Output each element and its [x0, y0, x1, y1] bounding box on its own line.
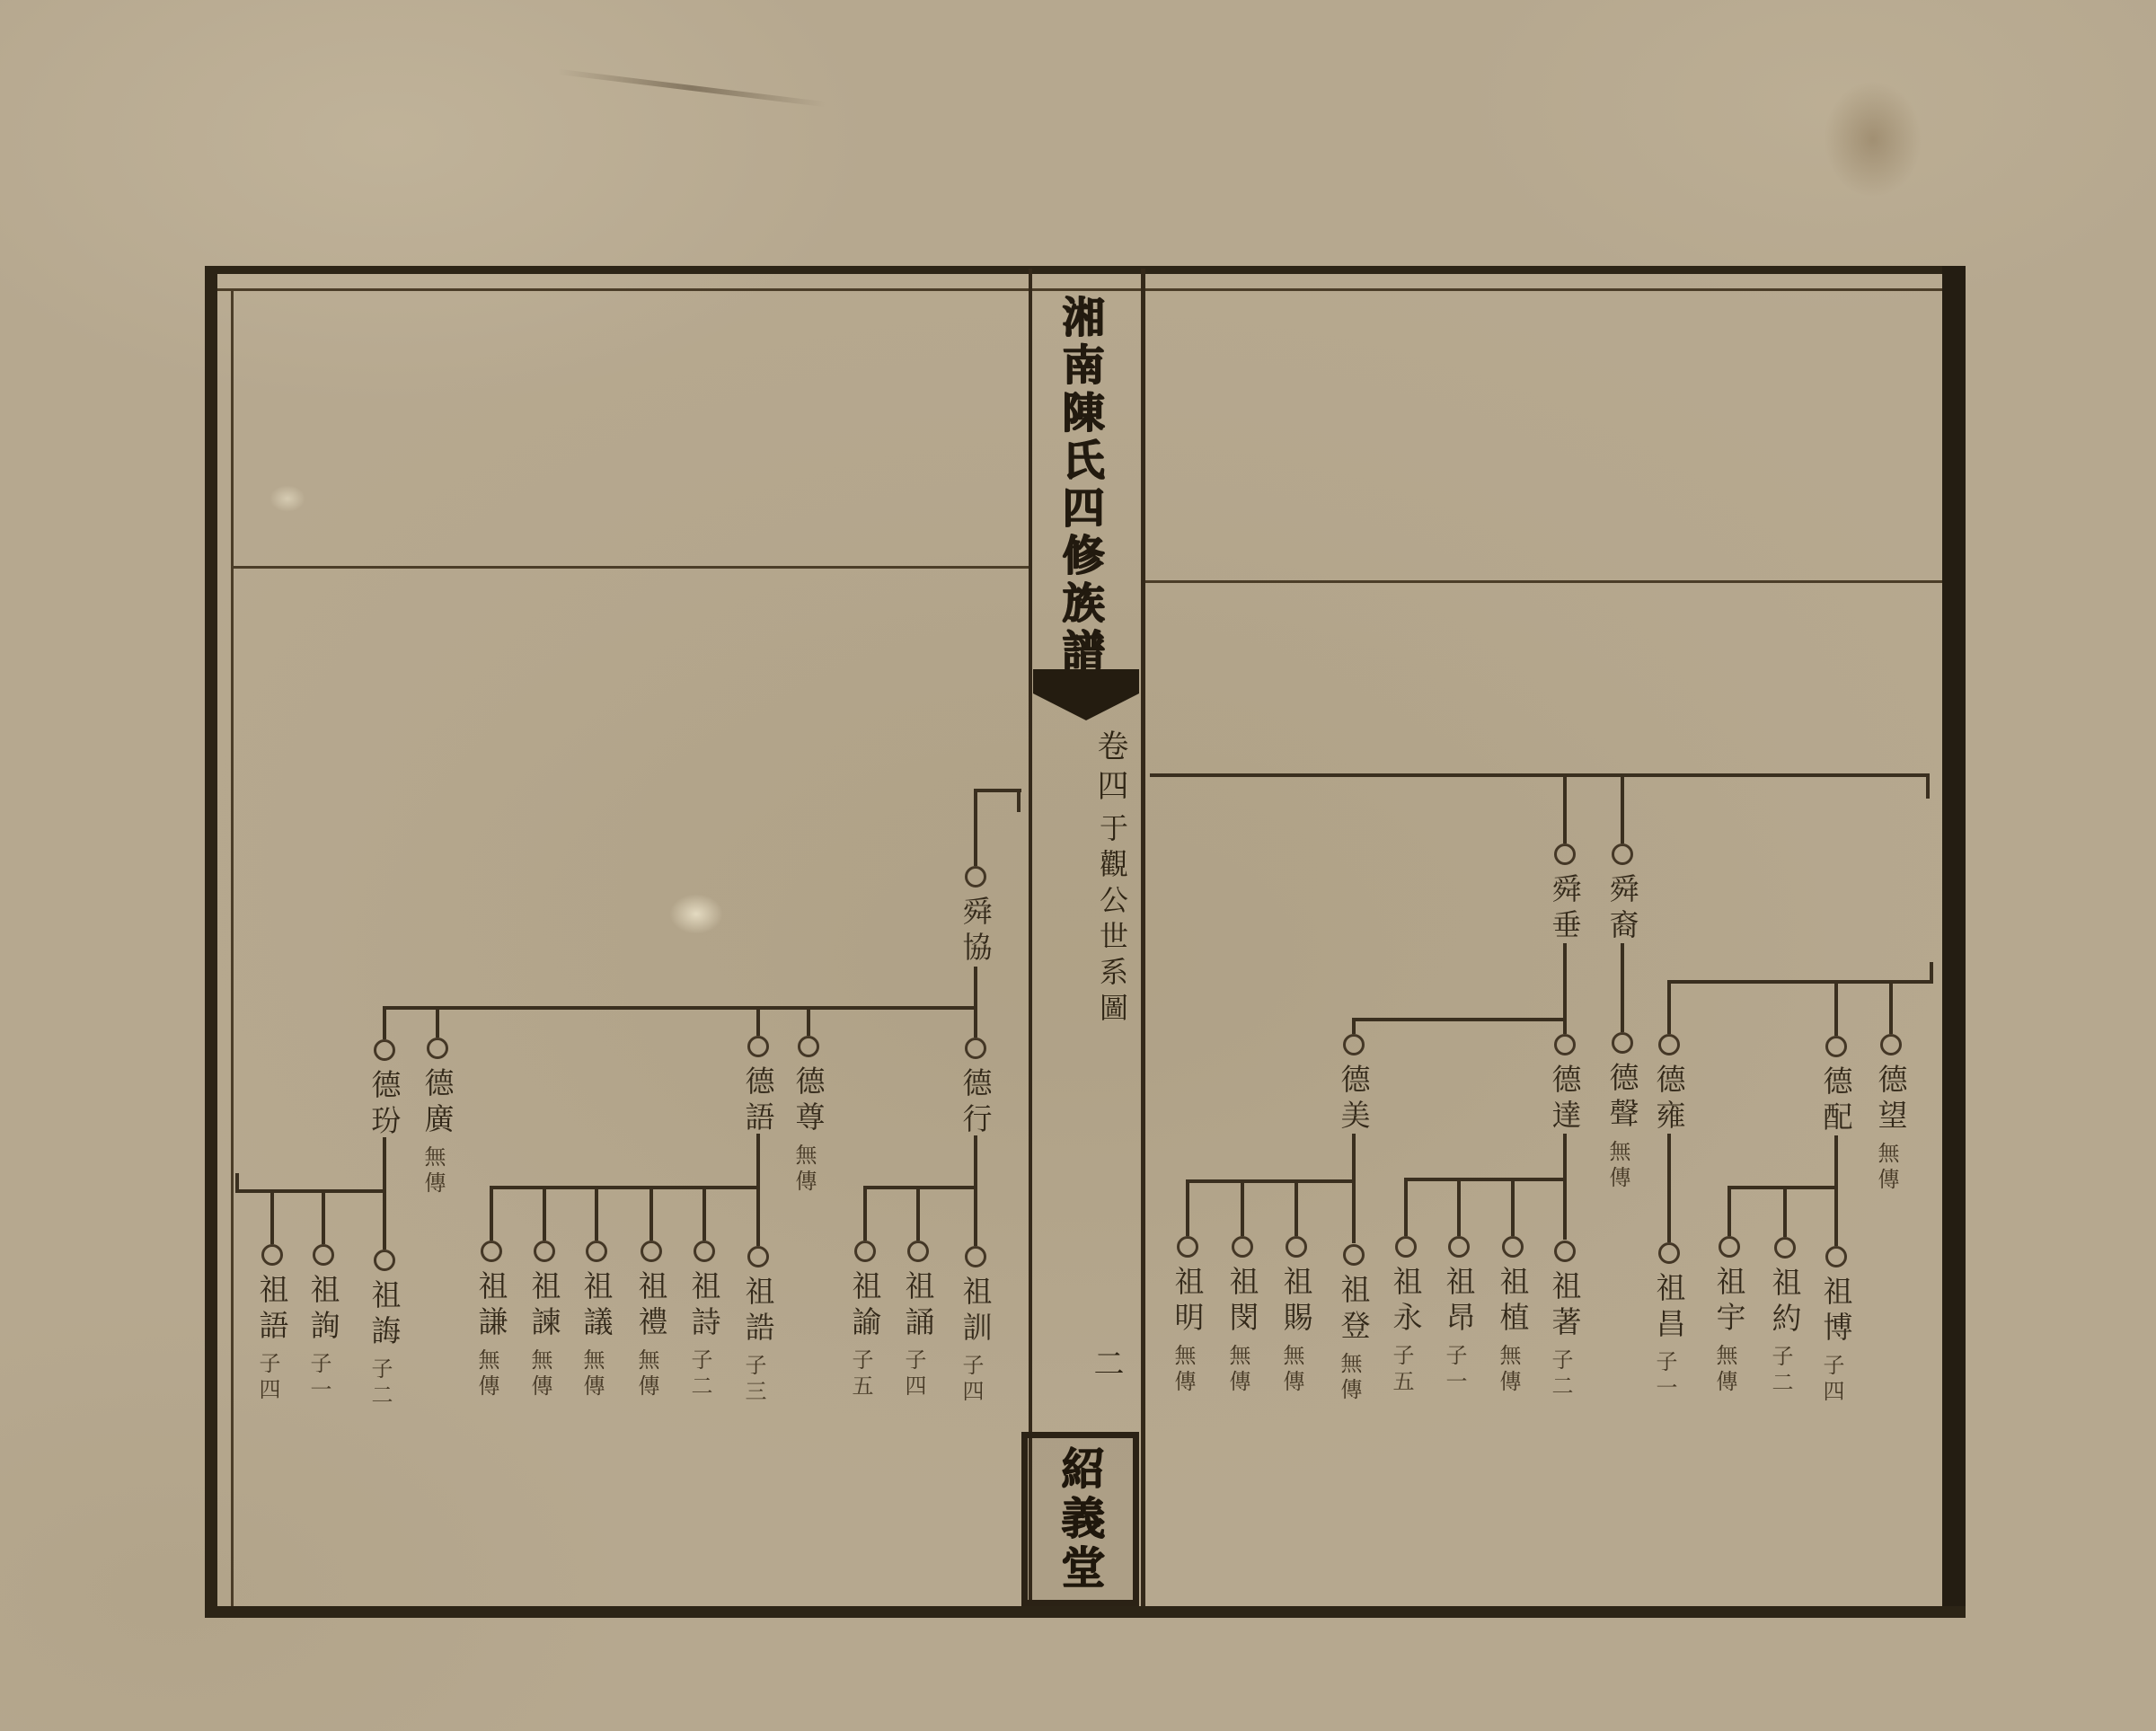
person-node-circle: [1395, 1236, 1417, 1258]
connector-line-vertical: [1563, 943, 1567, 1021]
connector-line-vertical: [863, 1186, 867, 1241]
connector-line-vertical: [916, 1186, 920, 1241]
connector-line-vertical: [807, 1006, 810, 1036]
person-node: 祖語 子四: [252, 1244, 293, 1404]
person-node: 祖禮 無傳: [631, 1241, 672, 1400]
genealogy-page-scan: 湘南陳氏四修族譜 卷四 于觀公世系圖 二 紹義堂: [0, 0, 2156, 1731]
person-node: 祖永 子五: [1385, 1236, 1427, 1396]
person-node-circle: [1774, 1237, 1796, 1259]
person-node: 祖誨 子二: [364, 1250, 405, 1409]
person-node-circle: [1502, 1236, 1524, 1258]
person-node-circle: [427, 1038, 448, 1059]
person-node: 祖諭 子五: [844, 1241, 886, 1400]
connector-line-vertical: [1241, 1179, 1244, 1236]
person-node-circle: [1825, 1246, 1847, 1267]
connector-line-vertical: [1352, 1134, 1356, 1243]
connector-line-horizontal: [976, 789, 1021, 792]
paper-crease: [558, 69, 826, 108]
continuation-hook: [235, 1173, 239, 1189]
person-node-circle: [1554, 843, 1576, 865]
person-node-circle: [965, 1038, 986, 1059]
connector-line-horizontal: [1667, 980, 1933, 984]
person-node: 德行: [955, 1038, 996, 1145]
person-node-circle: [1658, 1242, 1680, 1264]
connector-line-horizontal: [1186, 1179, 1356, 1183]
person-node-circle: [641, 1241, 662, 1262]
person-node: 祖謙 無傳: [471, 1241, 512, 1400]
person-node-circle: [313, 1244, 334, 1266]
person-node-circle: [1448, 1236, 1470, 1258]
person-node-circle: [965, 866, 986, 888]
person-node: 祖明 無傳: [1167, 1236, 1208, 1396]
connector-line-vertical: [595, 1186, 598, 1241]
frame-bottom-border: [205, 1606, 1966, 1618]
connector-line-vertical: [1404, 1178, 1408, 1236]
connector-line-vertical: [1563, 773, 1567, 843]
connector-line-vertical: [1457, 1178, 1461, 1236]
connector-line-vertical: [436, 1006, 439, 1038]
person-node: 德尊 無傳: [788, 1036, 829, 1196]
connector-line-horizontal: [235, 1189, 386, 1193]
person-node-circle: [1286, 1236, 1307, 1258]
spine-left-border: [1029, 269, 1032, 1606]
person-node-circle: [261, 1244, 283, 1266]
connector-line-vertical: [1511, 1178, 1515, 1236]
connector-line-vertical: [1294, 1179, 1298, 1236]
connector-line-vertical: [270, 1189, 274, 1244]
person-node: 德雍: [1648, 1034, 1690, 1142]
person-node-circle: [854, 1241, 876, 1262]
frame-left-inner-line: [231, 288, 234, 1609]
connector-line-vertical: [974, 1135, 977, 1246]
person-node-circle: [694, 1241, 715, 1262]
spine-right-border: [1141, 269, 1145, 1606]
section-title: 于觀公世系圖: [1098, 813, 1127, 1029]
frame-right-border: [1942, 266, 1966, 1618]
person-node: 祖閔 無傳: [1222, 1236, 1263, 1396]
connector-line-vertical: [543, 1186, 546, 1241]
person-node-circle: [1554, 1034, 1576, 1055]
connector-line-vertical: [1563, 1134, 1567, 1240]
person-node-circle: [1177, 1236, 1198, 1258]
person-node-circle: [1658, 1034, 1680, 1055]
person-node: 祖著 子二: [1544, 1241, 1586, 1400]
connector-line-vertical: [1727, 1186, 1731, 1236]
left-page-row-rule: [234, 566, 1029, 569]
person-node-circle: [481, 1241, 502, 1262]
connector-line-vertical: [1563, 1018, 1567, 1034]
person-node: 祖昂 子一: [1438, 1236, 1480, 1396]
connector-line-vertical: [756, 1134, 760, 1246]
person-node: 祖誦 子四: [897, 1241, 939, 1400]
person-node: 德玢: [364, 1039, 405, 1147]
person-node-circle: [1232, 1236, 1253, 1258]
frame-left-border: [205, 266, 217, 1618]
connector-line-vertical: [1834, 1135, 1838, 1246]
person-node-circle: [1612, 843, 1633, 865]
person-node: 祖植 無傳: [1492, 1236, 1533, 1396]
person-node-circle: [586, 1241, 607, 1262]
person-node: 德配: [1816, 1036, 1857, 1144]
person-node-circle: [1612, 1032, 1633, 1054]
person-node: 祖宇 無傳: [1709, 1236, 1750, 1396]
person-node: 祖昌 子一: [1648, 1242, 1690, 1402]
continuation-hook: [1930, 962, 1933, 982]
person-node: 舜裔: [1602, 843, 1643, 951]
frame-top-inner-line: [216, 288, 1964, 291]
connector-line-vertical: [1783, 1186, 1787, 1237]
person-node-circle: [1719, 1236, 1740, 1258]
person-node-circle: [374, 1250, 395, 1271]
person-node: 德語: [738, 1036, 779, 1144]
fishtail-mark-icon: [1033, 669, 1139, 723]
person-node: 德廣 無傳: [417, 1038, 458, 1197]
connector-line-horizontal: [1150, 773, 1930, 777]
person-node: 祖誥 子三: [738, 1246, 779, 1406]
person-node: 祖詩 子二: [684, 1241, 725, 1400]
paper-stain: [1824, 81, 1922, 198]
connector-line-vertical: [322, 1189, 325, 1244]
connector-line-vertical: [1834, 980, 1838, 1036]
person-node-circle: [747, 1036, 769, 1057]
person-node: 祖訓 子四: [955, 1246, 996, 1406]
person-node-circle: [1343, 1034, 1365, 1055]
person-node: 舜垂: [1544, 843, 1586, 951]
connector-line-vertical: [1186, 1179, 1189, 1236]
person-node: 德望 無傳: [1870, 1034, 1912, 1194]
connector-line-horizontal: [490, 1186, 760, 1189]
connector-line-vertical: [490, 1186, 493, 1241]
connector-line-vertical: [1667, 1134, 1671, 1242]
connector-line-vertical: [383, 1006, 386, 1039]
connector-line-vertical: [756, 1006, 760, 1036]
person-node: 祖詢 子一: [303, 1244, 344, 1404]
page-number: 二: [1091, 1347, 1121, 1378]
person-node-circle: [1554, 1241, 1576, 1262]
connector-line-vertical: [974, 789, 977, 866]
person-node: 祖博 子四: [1816, 1246, 1857, 1406]
connector-line-horizontal: [1404, 1178, 1567, 1181]
person-node-circle: [747, 1246, 769, 1267]
book-title: 湘南陳氏四修族譜: [1058, 295, 1100, 676]
connector-line-vertical: [383, 1137, 386, 1250]
person-node: 德美: [1333, 1034, 1374, 1142]
person-node-circle: [907, 1241, 929, 1262]
continuation-hook: [1926, 773, 1930, 799]
person-node: 舜協: [955, 866, 996, 974]
person-node-circle: [534, 1241, 555, 1262]
hall-seal-box: 紹義堂: [1021, 1432, 1139, 1606]
volume-label: 卷四: [1094, 729, 1126, 808]
frame-top-border: [205, 266, 1964, 274]
connector-line-horizontal: [383, 1006, 977, 1010]
person-node-circle: [965, 1246, 986, 1267]
person-node: 祖賜 無傳: [1276, 1236, 1317, 1396]
person-node: 德聲 無傳: [1602, 1032, 1643, 1192]
person-node-circle: [1343, 1244, 1365, 1266]
person-node: 祖登 無傳: [1333, 1244, 1374, 1404]
continuation-hook: [1017, 789, 1021, 812]
connector-line-vertical: [1621, 773, 1624, 843]
person-node-circle: [1880, 1034, 1902, 1055]
connector-line-horizontal: [863, 1186, 977, 1189]
person-node-circle: [374, 1039, 395, 1061]
person-node-circle: [1825, 1036, 1847, 1057]
hall-seal-text: 紹義堂: [1049, 1445, 1112, 1594]
person-node: 祖議 無傳: [576, 1241, 617, 1400]
connector-line-vertical: [649, 1186, 653, 1241]
person-node: 祖約 子二: [1764, 1237, 1806, 1397]
connector-line-vertical: [1889, 980, 1893, 1034]
connector-line-vertical: [702, 1186, 706, 1241]
connector-line-horizontal: [1352, 1018, 1567, 1021]
right-page-row-rule: [1145, 580, 1942, 583]
connector-line-vertical: [1621, 943, 1624, 1032]
person-node: 德達: [1544, 1034, 1586, 1142]
connector-line-vertical: [974, 1006, 977, 1038]
connector-line-vertical: [1352, 1018, 1356, 1034]
connector-line-vertical: [1667, 980, 1671, 1034]
person-node: 祖諫 無傳: [524, 1241, 565, 1400]
person-node-circle: [798, 1036, 819, 1057]
